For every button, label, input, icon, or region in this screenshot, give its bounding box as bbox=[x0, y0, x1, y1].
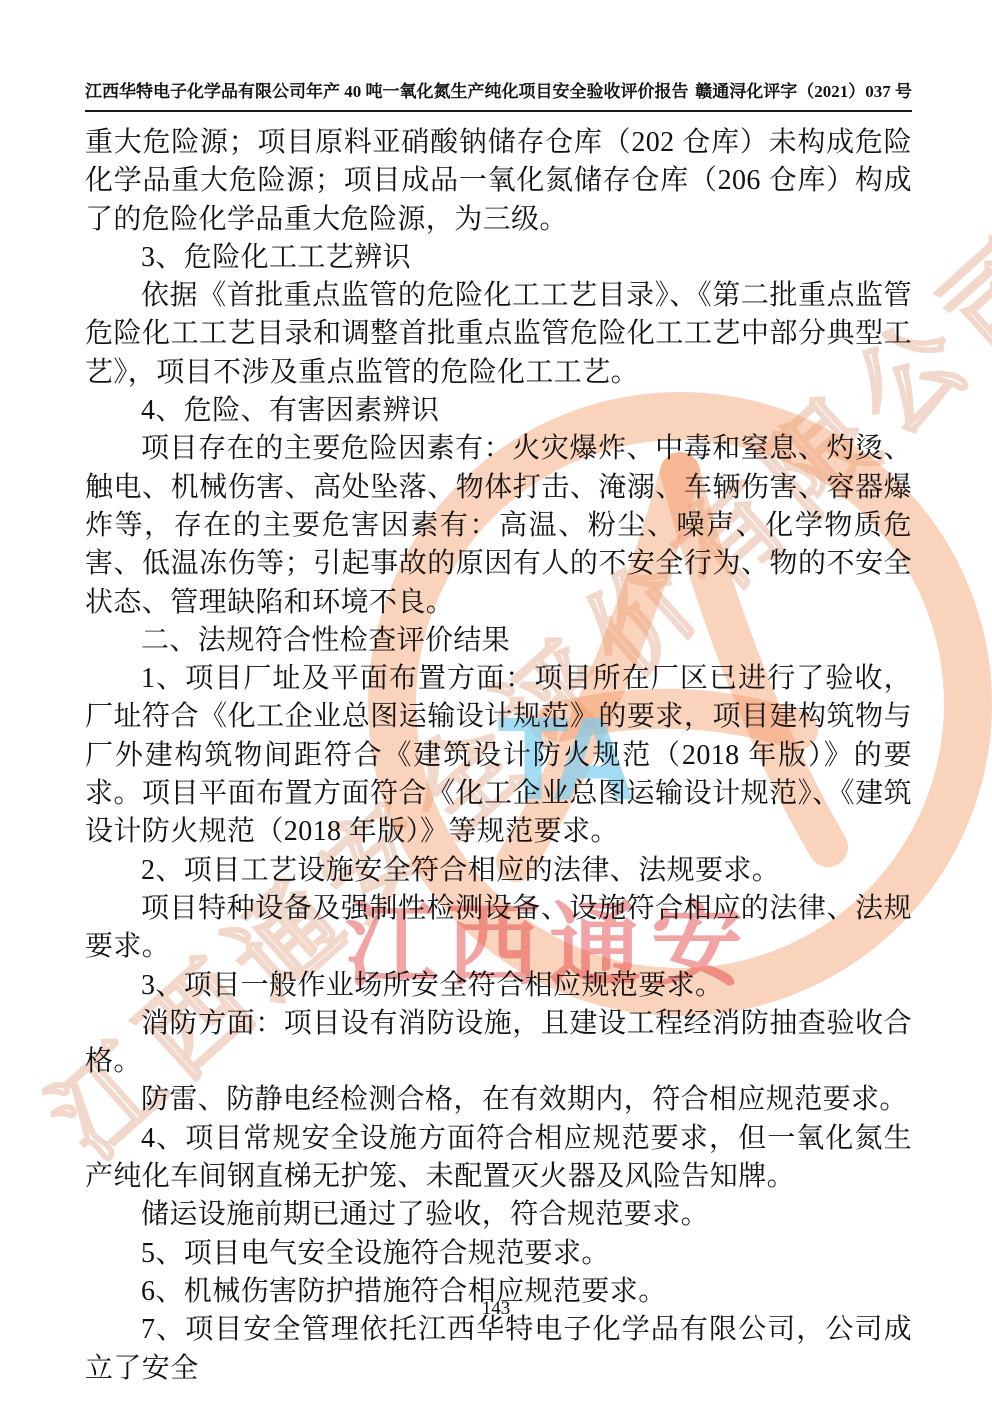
paragraph: 消防方面：项目设有消防设施，且建设工程经消防抽查验收合格。 bbox=[85, 1005, 912, 1082]
paragraph: 项目存在的主要危险因素有：火灾爆炸、中毒和窒息、灼烫、触电、机械伤害、高处坠落、… bbox=[85, 430, 912, 621]
header-divider bbox=[85, 110, 912, 112]
paragraph: 储运设施前期已通过了验收，符合规范要求。 bbox=[85, 1196, 912, 1234]
paragraph: 5、项目电气安全设施符合规范要求。 bbox=[85, 1235, 912, 1273]
document-page: 江西通安全评价有限公司 TA 江西通安 江西华特电子化学品有限公司年产 40 吨… bbox=[0, 0, 992, 1403]
paragraph: 二、法规符合性检查评价结果 bbox=[85, 622, 912, 660]
paragraph: 重大危险源；项目原料亚硝酸钠储存仓库（202 仓库）未构成危险化学品重大危险源；… bbox=[85, 124, 912, 239]
paragraph: 4、危险、有害因素辨识 bbox=[85, 392, 912, 430]
paragraph: 防雷、防静电经检测合格，在有效期内，符合相应规范要求。 bbox=[85, 1081, 912, 1119]
paragraph: 1、项目厂址及平面布置方面：项目所在厂区已进行了验收，厂址符合《化工企业总图运输… bbox=[85, 660, 912, 851]
page-footer: 143 bbox=[0, 1298, 992, 1320]
page-number: 143 bbox=[482, 1298, 511, 1319]
paragraph: 依据《首批重点监管的危险化工工艺目录》、《第二批重点监管危险化工工艺目录和调整首… bbox=[85, 277, 912, 392]
paragraph: 3、项目一般作业场所安全符合相应规范要求。 bbox=[85, 967, 912, 1005]
document-body: 重大危险源；项目原料亚硝酸钠储存仓库（202 仓库）未构成危险化学品重大危险源；… bbox=[85, 124, 912, 1388]
header-report-title: 江西华特电子化学品有限公司年产 40 吨一氧化氮生产纯化项目安全验收评价报告 bbox=[85, 80, 689, 104]
paragraph: 4、项目常规安全设施方面符合相应规范要求，但一氧化氮生产纯化车间钢直梯无护笼、未… bbox=[85, 1120, 912, 1197]
header-document-number: 赣通浔化评字（2021）037 号 bbox=[695, 80, 912, 104]
page-header: 江西华特电子化学品有限公司年产 40 吨一氧化氮生产纯化项目安全验收评价报告 赣… bbox=[85, 80, 912, 104]
paragraph: 2、项目工艺设施安全符合相应的法律、法规要求。 bbox=[85, 852, 912, 890]
paragraph: 7、项目安全管理依托江西华特电子化学品有限公司，公司成立了安全 bbox=[85, 1311, 912, 1388]
paragraph: 3、危险化工工艺辨识 bbox=[85, 239, 912, 277]
paragraph: 项目特种设备及强制性检测设备、设施符合相应的法律、法规要求。 bbox=[85, 890, 912, 967]
